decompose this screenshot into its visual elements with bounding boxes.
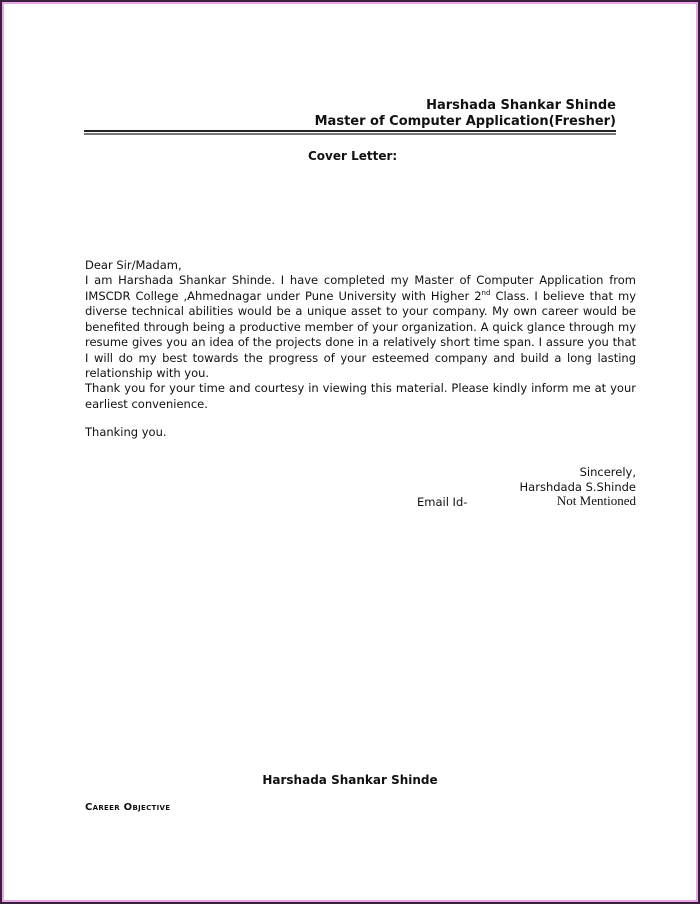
header-divider [84,130,616,135]
sign-off: Sincerely, [580,465,636,479]
closing-thanks: Thanking you. [85,425,636,441]
salutation: Dear Sir/Madam, [85,258,636,274]
signature-name: Harshdada S.Shinde [520,480,636,494]
email-label: Email Id- [417,495,467,509]
email-value: Not Mentioned [557,493,636,509]
page-border [0,0,700,904]
header-name: Harshada Shankar Shinde [426,98,616,113]
cover-letter-paragraph-1: I am Harshada Shankar Shinde. I have com… [85,273,636,382]
cover-letter-paragraph-2: Thank you for your time and courtesy in … [85,381,636,412]
cover-letter-heading: Cover Letter: [308,149,397,163]
resume-name: Harshada Shankar Shinde [0,773,700,787]
header-degree: Master of Computer Application(Fresher) [315,114,616,129]
career-objective-heading: Career Objective [85,802,170,813]
